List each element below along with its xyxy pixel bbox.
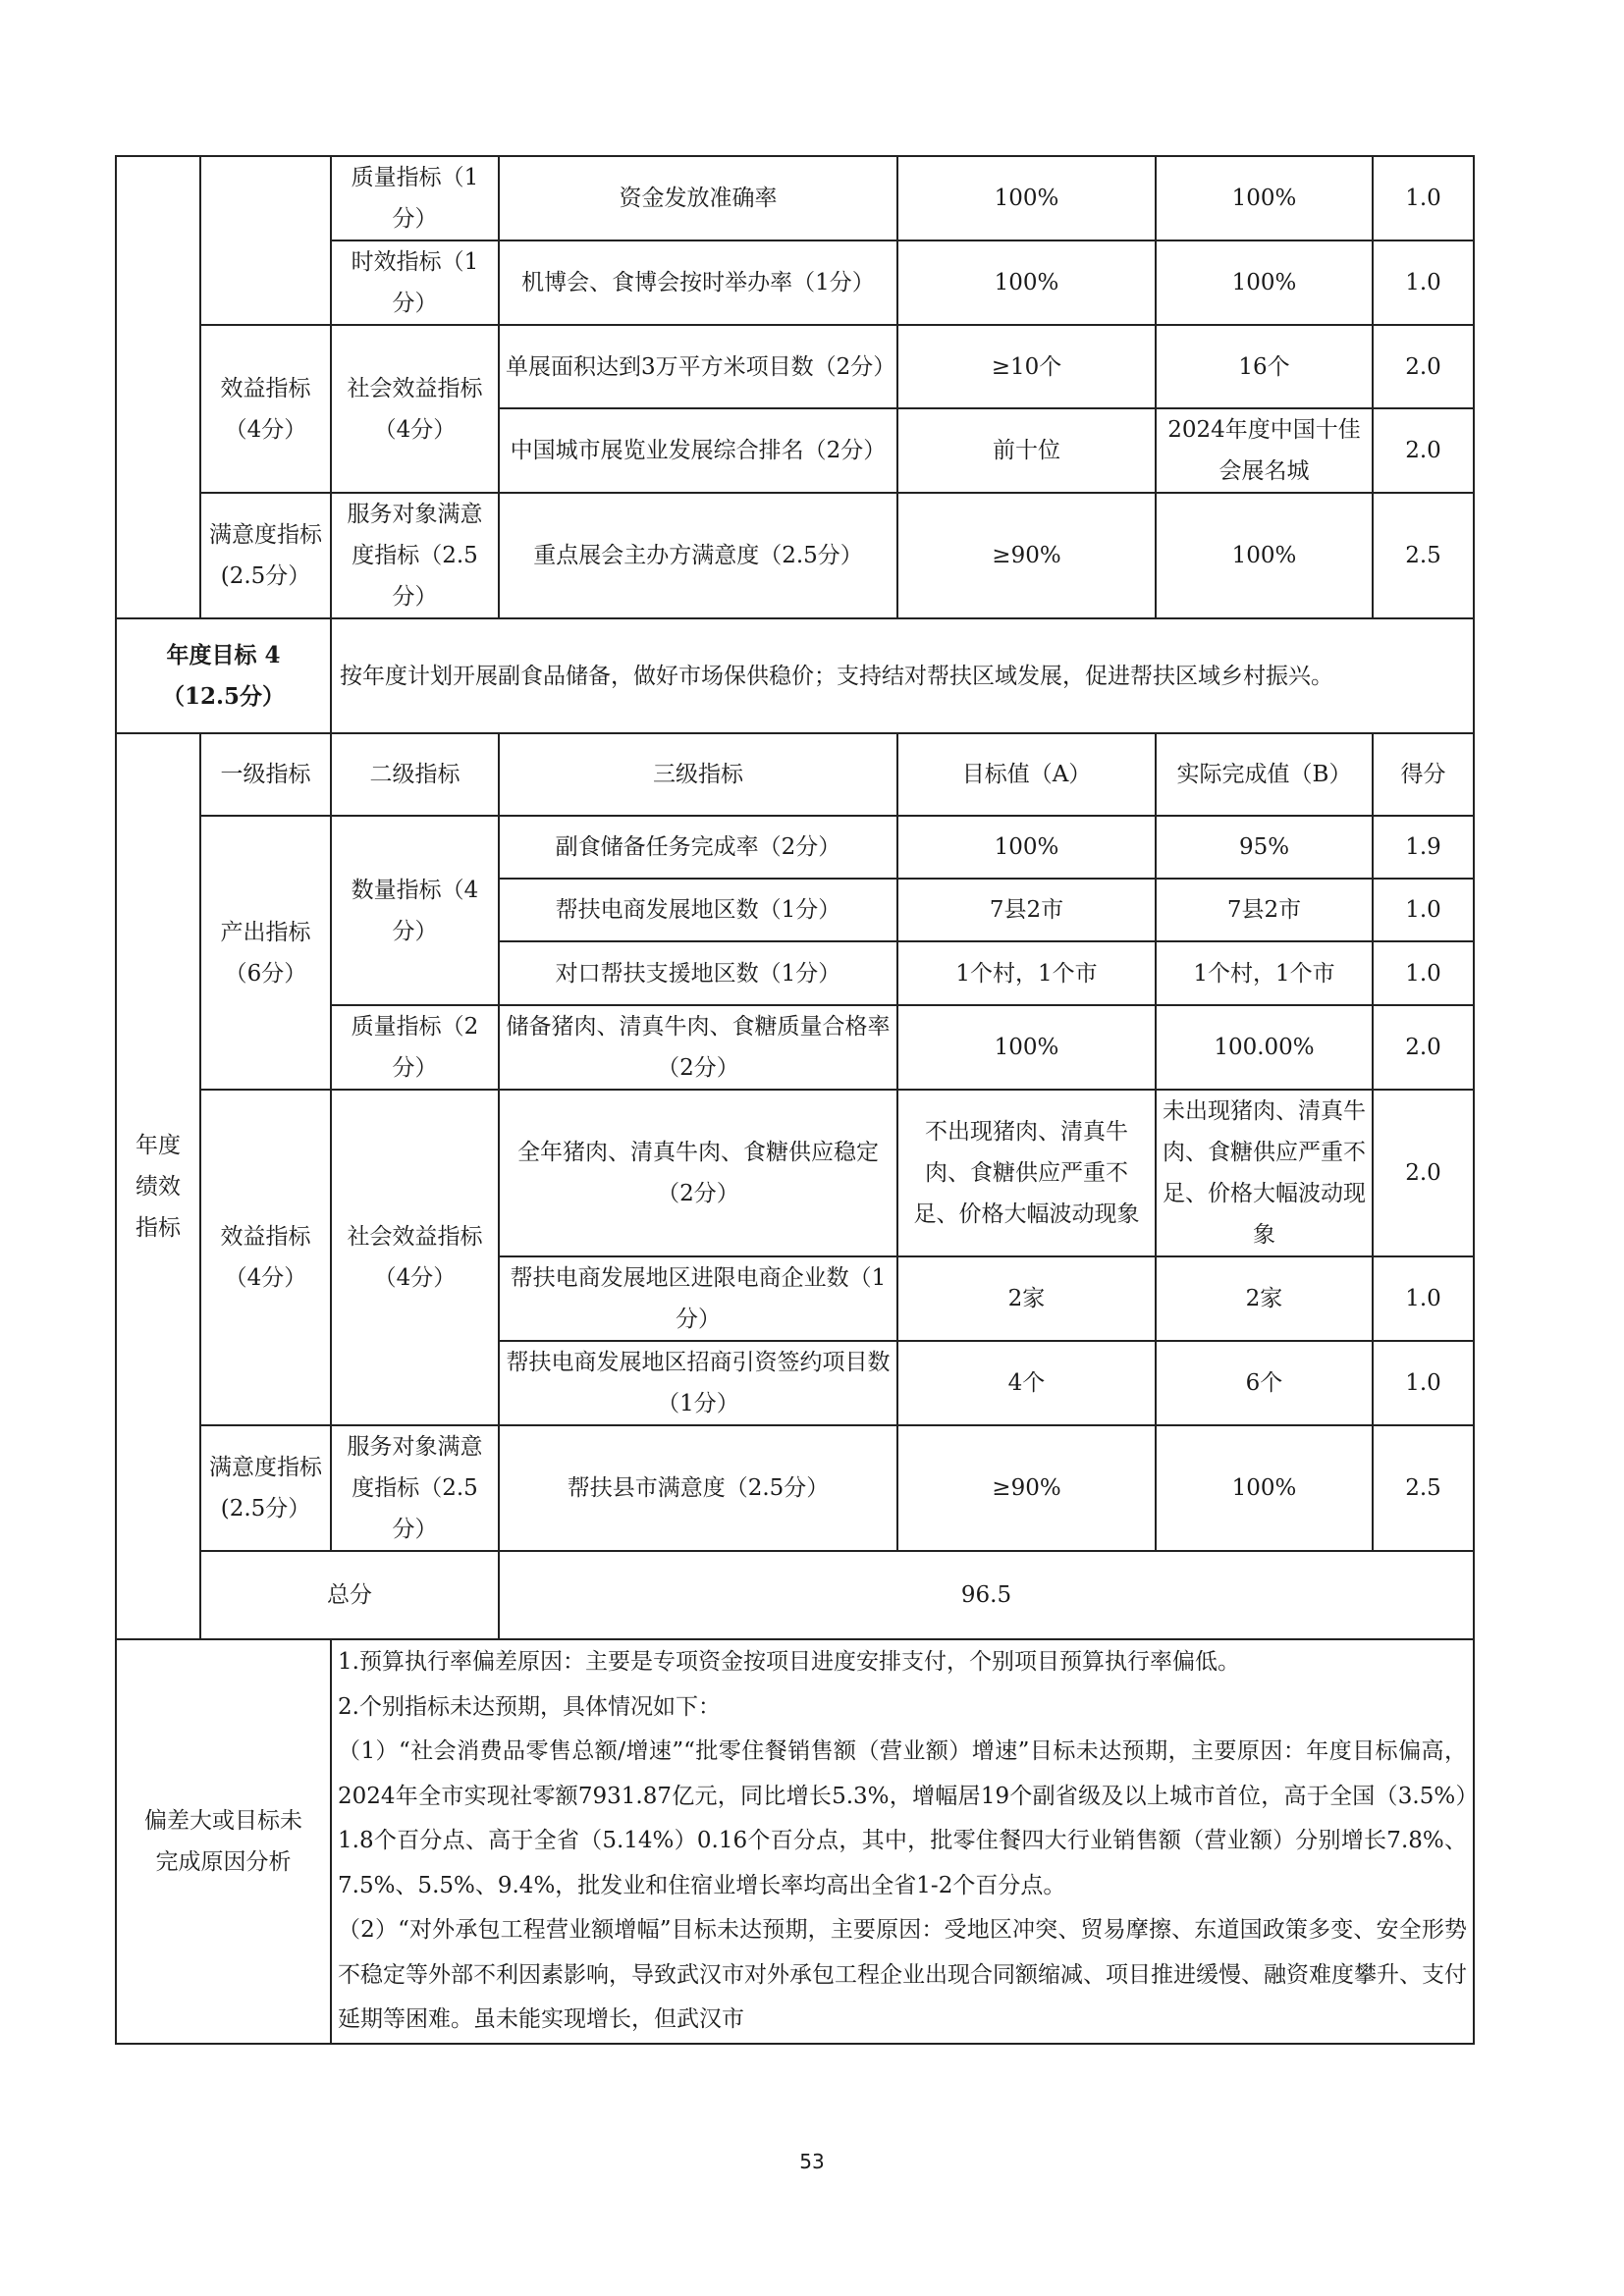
analysis-paragraph: 2.个别指标未达预期，具体情况如下： — [338, 1685, 1467, 1731]
performance-table: 质量指标（1分） 资金发放准确率 100% 100% 1.0 时效指标（1分） … — [115, 155, 1475, 2045]
score-cell: 1.0 — [1373, 1341, 1474, 1425]
analysis-paragraph: （2）“对外承包工程营业额增幅”目标未达预期，主要原因：受地区冲突、贸易摩擦、东… — [338, 1908, 1467, 2043]
analysis-paragraph: 1.预算执行率偏差原因：主要是专项资金按项目进度安排支付，个别项目预算执行率偏低… — [338, 1640, 1467, 1685]
actual-cell: 100% — [1156, 493, 1373, 618]
level3-cell: 储备猪肉、清真牛肉、食糖质量合格率（2分） — [499, 1005, 897, 1090]
actual-cell: 100% — [1156, 156, 1373, 240]
header-row: 年度绩效指标 一级指标 二级指标 三级指标 目标值（A） 实际完成值（B） 得分 — [116, 733, 1474, 816]
actual-cell: 1个村，1个市 — [1156, 941, 1373, 1005]
section-cell-continued — [116, 156, 200, 618]
page-number: 53 — [0, 2150, 1624, 2173]
level2-cell: 社会效益指标（4分） — [331, 325, 499, 493]
level3-cell: 中国城市展览业发展综合排名（2分） — [499, 408, 897, 493]
goal-label-line1: 年度目标 4 — [123, 635, 324, 676]
actual-cell: 100.00% — [1156, 1005, 1373, 1090]
level3-cell: 单展面积达到3万平方米项目数（2分） — [499, 325, 897, 408]
level1-cell: 满意度指标(2.5分） — [200, 1425, 331, 1551]
level3-cell: 重点展会主办方满意度（2.5分） — [499, 493, 897, 618]
target-cell: 7县2市 — [897, 879, 1156, 941]
goal-row: 年度目标 4 （12.5分） 按年度计划开展副食品储备，做好市场保供稳价；支持结… — [116, 618, 1474, 733]
target-cell: ≥10个 — [897, 325, 1156, 408]
actual-cell: 16个 — [1156, 325, 1373, 408]
header-target: 目标值（A） — [897, 733, 1156, 816]
table-row: 质量指标（1分） 资金发放准确率 100% 100% 1.0 — [116, 156, 1474, 240]
analysis-label: 偏差大或目标未完成原因分析 — [116, 1639, 331, 2044]
table-row: 产出指标（6分） 数量指标（4分） 副食储备任务完成率（2分） 100% 95%… — [116, 816, 1474, 879]
actual-cell: 2家 — [1156, 1256, 1373, 1341]
header-level3: 三级指标 — [499, 733, 897, 816]
level2-cell: 数量指标（4分） — [331, 816, 499, 1005]
actual-cell: 6个 — [1156, 1341, 1373, 1425]
level2-cell: 服务对象满意度指标（2.5分） — [331, 493, 499, 618]
total-row: 总分 96.5 — [116, 1551, 1474, 1639]
level1-cell: 产出指标（6分） — [200, 816, 331, 1090]
header-level1: 一级指标 — [200, 733, 331, 816]
score-cell: 2.0 — [1373, 408, 1474, 493]
table-row: 效益指标（4分） 社会效益指标（4分） 全年猪肉、清真牛肉、食糖供应稳定（2分）… — [116, 1090, 1474, 1256]
actual-cell: 2024年度中国十佳会展名城 — [1156, 408, 1373, 493]
table-row: 满意度指标(2.5分） 服务对象满意度指标（2.5分） 帮扶县市满意度（2.5分… — [116, 1425, 1474, 1551]
target-cell: 100% — [897, 816, 1156, 879]
score-cell: 2.0 — [1373, 1005, 1474, 1090]
analysis-paragraph: （1）“社会消费品零售总额/增速”“批零住餐销售额（营业额）增速”目标未达预期，… — [338, 1730, 1467, 1908]
goal-label: 年度目标 4 （12.5分） — [116, 618, 331, 733]
score-cell: 2.0 — [1373, 1090, 1474, 1256]
actual-cell: 未出现猪肉、清真牛肉、食糖供应严重不足、价格大幅波动现象 — [1156, 1090, 1373, 1256]
level3-cell: 副食储备任务完成率（2分） — [499, 816, 897, 879]
score-cell: 1.0 — [1373, 240, 1474, 325]
score-cell: 1.0 — [1373, 941, 1474, 1005]
target-cell: 1个村，1个市 — [897, 941, 1156, 1005]
level2-cell: 质量指标（1分） — [331, 156, 499, 240]
target-cell: 不出现猪肉、清真牛肉、食糖供应严重不足、价格大幅波动现象 — [897, 1090, 1156, 1256]
level3-cell: 全年猪肉、清真牛肉、食糖供应稳定（2分） — [499, 1090, 897, 1256]
target-cell: 前十位 — [897, 408, 1156, 493]
actual-cell: 95% — [1156, 816, 1373, 879]
target-cell: 4个 — [897, 1341, 1156, 1425]
score-cell: 2.5 — [1373, 1425, 1474, 1551]
level2-cell: 服务对象满意度指标（2.5分） — [331, 1425, 499, 1551]
level3-cell: 帮扶电商发展地区进限电商企业数（1分） — [499, 1256, 897, 1341]
score-cell: 1.9 — [1373, 816, 1474, 879]
score-cell: 1.0 — [1373, 879, 1474, 941]
level3-cell: 资金发放准确率 — [499, 156, 897, 240]
table-row: 效益指标（4分） 社会效益指标（4分） 单展面积达到3万平方米项目数（2分） ≥… — [116, 325, 1474, 408]
level1-cell: 满意度指标(2.5分） — [200, 493, 331, 618]
target-cell: 100% — [897, 156, 1156, 240]
level2-cell: 时效指标（1分） — [331, 240, 499, 325]
goal-description: 按年度计划开展副食品储备，做好市场保供稳价；支持结对帮扶区域发展，促进帮扶区域乡… — [331, 618, 1474, 733]
score-cell: 2.5 — [1373, 493, 1474, 618]
level1-cell: 效益指标（4分） — [200, 1090, 331, 1425]
actual-cell: 100% — [1156, 1425, 1373, 1551]
total-value: 96.5 — [499, 1551, 1474, 1639]
header-level2: 二级指标 — [331, 733, 499, 816]
level1-cell-continued — [200, 156, 331, 325]
level3-cell: 帮扶县市满意度（2.5分） — [499, 1425, 897, 1551]
score-cell: 1.0 — [1373, 156, 1474, 240]
total-label: 总分 — [200, 1551, 499, 1639]
table-row: 满意度指标(2.5分） 服务对象满意度指标（2.5分） 重点展会主办方满意度（2… — [116, 493, 1474, 618]
goal-label-line2: （12.5分） — [123, 676, 324, 718]
target-cell: 100% — [897, 240, 1156, 325]
section-label: 年度绩效指标 — [116, 733, 200, 1639]
score-cell: 1.0 — [1373, 1256, 1474, 1341]
header-score: 得分 — [1373, 733, 1474, 816]
target-cell: 2家 — [897, 1256, 1156, 1341]
analysis-row: 偏差大或目标未完成原因分析 1.预算执行率偏差原因：主要是专项资金按项目进度安排… — [116, 1639, 1474, 2044]
analysis-content: 1.预算执行率偏差原因：主要是专项资金按项目进度安排支付，个别项目预算执行率偏低… — [331, 1639, 1474, 2044]
level3-cell: 帮扶电商发展地区招商引资签约项目数（1分） — [499, 1341, 897, 1425]
actual-cell: 7县2市 — [1156, 879, 1373, 941]
level1-cell: 效益指标（4分） — [200, 325, 331, 493]
header-actual: 实际完成值（B） — [1156, 733, 1373, 816]
target-cell: ≥90% — [897, 1425, 1156, 1551]
level3-cell: 机博会、食博会按时举办率（1分） — [499, 240, 897, 325]
target-cell: 100% — [897, 1005, 1156, 1090]
actual-cell: 100% — [1156, 240, 1373, 325]
target-cell: ≥90% — [897, 493, 1156, 618]
level2-cell: 质量指标（2分） — [331, 1005, 499, 1090]
level3-cell: 对口帮扶支援地区数（1分） — [499, 941, 897, 1005]
score-cell: 2.0 — [1373, 325, 1474, 408]
level2-cell: 社会效益指标（4分） — [331, 1090, 499, 1425]
level3-cell: 帮扶电商发展地区数（1分） — [499, 879, 897, 941]
